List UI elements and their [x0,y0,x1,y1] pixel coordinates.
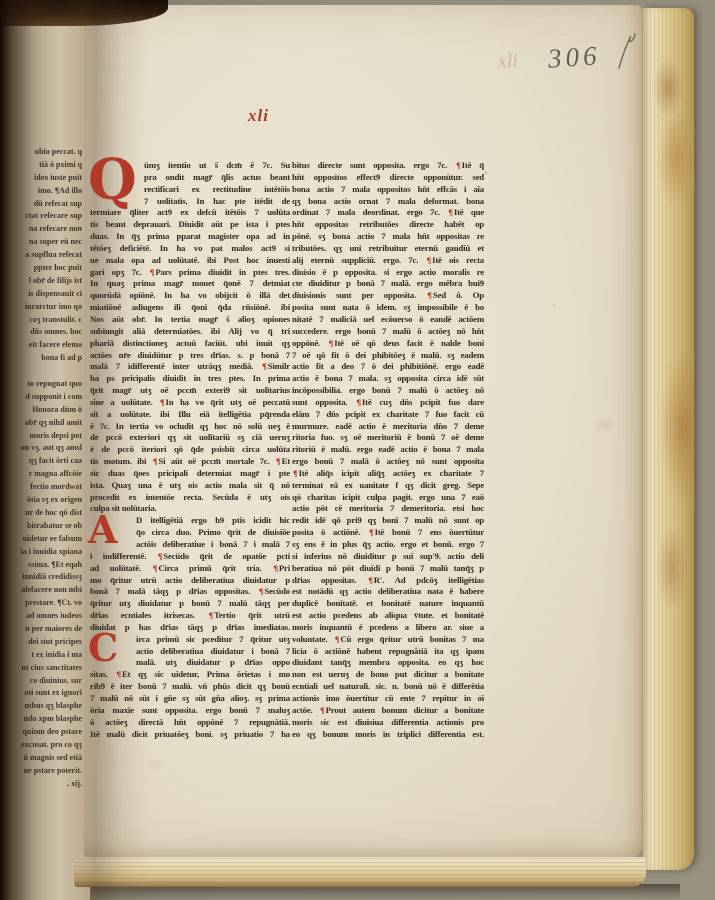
handwritten-page-number: 306 [547,40,602,75]
text-line: redit idē qō pri9 qʒ bonī 7 malū nō sunt… [292,515,484,527]
text-line: diuisionis sunt per opposita. ¶Sed ō. Op [292,290,484,302]
text-line: murmure. eadē actio ē meritoria dn̄o 7 d… [292,421,484,433]
text-line: irca primū sic pceditur 7 q̄ritur utʒ [136,634,290,646]
text-line: actio pōt cē meritoria 7 demeritoria. et… [292,503,484,515]
text-line: non est ueruʒ de bono put dicitur a boni… [292,669,484,681]
text-line: oppōnē. ¶Itē oē qō deus facit ē nalde bo… [292,338,484,350]
text-line: de pccō exteriori qʒ sit uolītariū sʒ ci… [90,432,290,444]
text-line: ista. Quaʒ una ē utʒ ois actio mala sit … [90,480,290,492]
text-line: alij eternū suppliciū. ergo. 7c. ¶Itē oi… [292,255,484,267]
text-line: ē de pccō iteriori qō q̄de psisbit circa… [90,444,290,456]
text-line: sic duas q̄oes pricipali determiat magr̄… [90,468,290,480]
text-line: D itelligētiā ergo h9 ptis icidit hic [136,515,290,527]
text-line: licia ō actiōnē habent repugnātiā ita qʒ… [292,646,484,658]
text-line: si inferius nō diuiditur p suī sup'9. ac… [292,551,484,563]
text-line: nitatē 7 maliciā uel ecōuerso ō eandē ac… [292,314,484,326]
text-line: 7 oē qō fit ō dei phibitōeʒ ē malū. sʒ e… [292,350,484,362]
text-line: sitas. ¶Et qʒ sic uidetur, Prima ōrietas… [90,669,290,681]
text-line: ritoriū ē malū. ergo eadē actio ē bona 7… [292,444,484,456]
text-line: moris inquantū ē pcedens a libero ar. si… [292,622,484,634]
text-line: ecntiali uel naturali. sic. n. bonū nō ē… [292,681,484,693]
text-line: bonā 7 malā tāqʒ p dr̄ias oppositas. ¶Se… [90,586,290,598]
text-line: duplicē bonitatē. et bonitatē nature inq… [292,598,484,610]
text-line: rib9 ē iter bonū 7 malū. vn̄ phūs dicit … [90,681,290,693]
text-line: posita ō actiōnē. ¶Itē bonū 7 ens ōuertū… [292,527,484,539]
text-line: Itē malū dicit priuatōeʒ boni. sʒ priuat… [90,729,290,741]
text-line: actio deliberatiua diuidatur i bonā 7 [136,646,290,658]
text-line: beratiua nō pōt diuidi p bonū 7 malū tan… [292,563,484,575]
text-line: elām 7 dn̄s pcipit ex charitate 7 fuo fa… [292,409,484,421]
text-line: dr̄ias oppositas. ¶R'. Ad pdcōʒ itelligē… [292,575,484,587]
text-line: ergo bonū 7 malā ō actōeʒ nō sunt opposi… [292,456,484,468]
text-line: cte diuiditur p bonā 7 malā. ergo mēbra … [292,278,484,290]
text-line: hn̄t oppositos effect9 directe opponūtur… [292,172,484,184]
drop-cap-initial: Q [88,157,137,203]
text-line: rectificari ex rectitudine intētōis [144,184,290,196]
text-line: subiungit aliā determiatōes. ibi Alij vo… [90,326,290,338]
text-line: q̄ritur utʒ diuidatur p bonū 7 malū tāqʒ… [90,598,290,610]
text-line: ō actōeʒ directā hn̄t oppōnē 7 repugnāti… [90,717,290,729]
text-line: pōnē. sʒ bona actio 7 mala hn̄t opposita… [292,231,484,243]
text-line: gari opʒ 7c. ¶Pars prima diuidit in ptes… [90,267,290,279]
text-line: ha ps pricipalis diuidit in tres ptes. I… [90,373,290,385]
text-line: actionis imo ōuertitur cū ente 7 repitur… [292,693,484,705]
text-line: tis motum. ibi ¶Si aūt oē pccm̄ mortale … [90,456,290,468]
text-line: est actio pcedens ab aliqua v̄tute. et b… [292,610,484,622]
text-line: diuidat p has dr̄ias tāqʒ p dr̄ias imedi… [90,622,290,634]
pen-flourish-icon [616,28,638,75]
folio-number: xli [248,106,269,126]
text-line: phariā distinctioneʒ actuū faciūt. ubi i… [90,338,290,350]
book-photo: ubio peccat. qtiā ō pximi qideo iuste pu… [0,0,715,900]
text-line: sit a uolūtate. ibi Illu eiā itelligētia… [90,409,290,421]
text-line: sʒ ens ē in plus q̄ʒ actio. ergo et bonū… [292,539,484,551]
text-line: sine a uolūtate. ¶In ha vo q̄rit utʒ oē … [90,397,290,409]
text-line: ue mala opa ad uolūtatē. ibi Post hoc in… [90,255,290,267]
text-line: ordinat 7 mala deordinat. ergo 7c. ¶Itē … [292,207,484,219]
text-column-right: bitus directe sunt opposita. ergo 7c. ¶I… [292,160,484,740]
text-line: actōe. ¶Prout autem bonum dicitur a boni… [292,705,484,717]
text-line: mo q̄ritur utrū actio deliberatiua diuid… [90,575,290,587]
text-line: qō charitas icipit culpa pagit. ergo una… [292,492,484,504]
text-line: q̄rit magr̄ utʒ oē pccm̄ exteri9 sit uol… [90,385,290,397]
text-line: tributōes. qʒ uni retribuitur eternū gau… [292,243,484,255]
text-line: quorūdā opiōnē. In ha vo obijcit ō illā … [90,290,290,302]
text-line: ritoria fuo. sʒ oē meritoriū ē bonū 7 oē… [292,432,484,444]
text-column-left: ūmʒ itentio ut s̄ dcm̄ ē 7c. Supra ondit… [90,160,290,740]
text-line: eo qʒ bonum moris in triplici differenti… [292,729,484,741]
drop-cap-initial: A [88,513,117,547]
text-line: terminat eā ex uanitate f qʒ dicit greg.… [292,480,484,492]
text-line: succedere. ergo bonū 7 malū ō actōeʒ nō … [292,326,484,338]
text-line: tis beant deprauari. Diuidit aūt pe ista… [90,219,290,231]
text-line: pra ondit magr̄ q̄lis actus beant [144,172,290,184]
text-line: bona actio 7 mala oppositos hn̄t effcās … [292,184,484,196]
text-line: 7 uolitatis. In hac pte itēdit de [144,196,290,208]
text-line: malā. utʒ diuidatur p dr̄ias oppo [136,657,290,669]
text-line: duas. In q̄ʒ prima pparat magister opa a… [90,231,290,243]
text-line: posita sunt nata ō idem. sʒ impossibile … [292,302,484,314]
text-line: i indifferentē. ¶Secūdo q̄rit de opatōe … [90,551,290,563]
text-line: q̄o circa duo. Primo q̄rit de diuisiōe [136,527,290,539]
text-line: 7 malū nō sūt i gn̄e sʒ sūt gn̄a alioʒ. … [90,693,290,705]
text-line: ūmʒ itentio ut s̄ dcm̄ ē 7c. Su [144,160,290,172]
text-line: actōis deliberatiue i bonā 7 i malā 7 [136,539,290,551]
text-line: ad uolūtatē. ¶Circa primū q̄rit tria. ¶P… [90,563,290,575]
text-line: actio fit a deo 7 ō dei phibitiōnē. ergo… [292,361,484,373]
text-line: ōria maxīe sunt opposita. ergo bonū 7 ma… [90,705,290,717]
text-line: In quaʒ prima magr̄ mouet q̄onē 7 detmia… [90,278,290,290]
text-line: procedit ex intentōe recta. Secūda ē utʒ… [90,492,290,504]
text-line: actōes nr̄e diuidūtur p tres dr̄ias. s. … [90,350,290,362]
text-line: malā 7 idifferentē inter utrāqʒ mediā. ¶… [90,361,290,373]
text-line: incōpossibilia. ergo bonū 7 malū ō actōe… [292,385,484,397]
text-line: voluntate. ¶Cū ergo q̄ritur utrū bonitas… [292,634,484,646]
text-line: bitus directe sunt opposita. ergo 7c. ¶I… [292,160,484,172]
text-line: diuisio ē p opposita. si ergo actio mora… [292,267,484,279]
drop-cap-initial: C [88,631,118,665]
text-line: moris sic est diuisiua differentia actio… [292,717,484,729]
text-line: est notādū qʒ actio deliberatiua nata ē … [292,586,484,598]
text-line: diuidant tanq̄ʒ membra opposita. eo qʒ h… [292,657,484,669]
text-line: Nos aūt obr̄. In tertia magr̄ s̄ alioʒ o… [90,314,290,326]
text-line: hn̄t oppositas retributōes directe habēt… [292,219,484,231]
text-line: ¶Itē aliq̄s icipit aliq̄ʒ actōeʒ ex char… [292,468,484,480]
text-line: tētōeʒ deficiētē. In ha vo pat malos act… [90,243,290,255]
text-line: miatiōnē adiugens ili q̄oni q̄da rn̄siōn… [90,302,290,314]
text-line: actio ē bona 7 mala. sʒ opposita circa i… [292,373,484,385]
text-line: culpa sit uolūtaria. [90,503,290,515]
text-line: sunt opposita. ¶Itē cuʒ dn̄s pcipit fuo … [292,397,484,409]
text-line: dr̄ias ecntiales itrisecas. ¶Tertio q̄ri… [90,610,290,622]
page-content: xli xli 306 ūmʒ itentio ut s̄ dcm̄ ē 7c.… [0,0,715,900]
folio-showthrough: xli [498,50,519,74]
text-line: qʒ bona actio ornat 7 mala deformat. bon… [292,196,484,208]
text-line: ē 7c. In tertia vo ocludit qʒ hoc nō sol… [90,421,290,433]
